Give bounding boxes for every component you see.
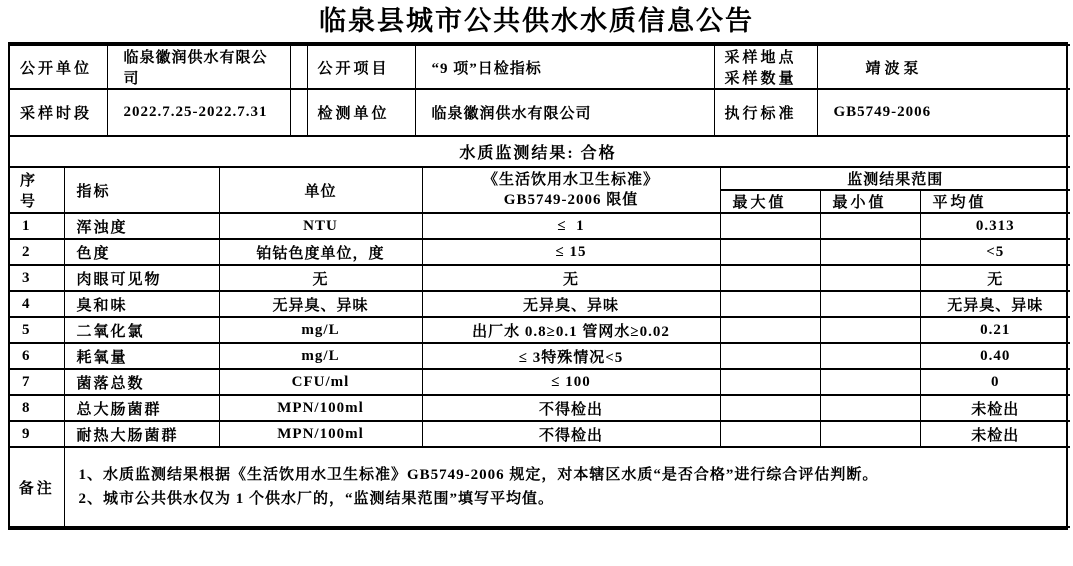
cell-limit: ≤ 100	[422, 369, 720, 395]
result-banner-text: 水质监测结果: 合格	[10, 136, 1066, 167]
cell-max	[720, 265, 820, 291]
cell-indicator: 浑浊度	[64, 213, 219, 239]
cell-limit: 不得检出	[422, 395, 720, 421]
header-limit: 《生活饮用水卫生标准》 GB5749-2006 限值	[422, 167, 720, 213]
cell-max	[720, 395, 820, 421]
header-avg: 平均值	[920, 190, 1070, 213]
cell-indicator: 菌落总数	[64, 369, 219, 395]
cell-max	[720, 343, 820, 369]
table-row: 3 肉眼可见物 无 无 无	[10, 265, 1070, 291]
cell-limit: 不得检出	[422, 421, 720, 447]
cell-seq: 8	[10, 395, 64, 421]
cell-indicator: 色度	[64, 239, 219, 265]
cell-avg: 0.313	[920, 213, 1070, 239]
cell-indicator: 总大肠菌群	[64, 395, 219, 421]
cell-seq: 2	[10, 239, 64, 265]
spacer-cell	[290, 45, 307, 89]
cell-max	[720, 239, 820, 265]
cell-seq: 6	[10, 343, 64, 369]
cell-unit: 无异臭、异味	[219, 291, 422, 317]
table-row: 8 总大肠菌群 MPN/100ml 不得检出 未检出	[10, 395, 1070, 421]
indicator-table: 序号 指标 单位 《生活饮用水卫生标准》 GB5749-2006 限值 监测结果…	[10, 166, 1070, 448]
table-row: 2 色度 铂钴色度单位，度 ≤ 15 <5	[10, 239, 1070, 265]
table-row: 1 浑浊度 NTU ≤ 1 0.313	[10, 213, 1070, 239]
cell-avg: 未检出	[920, 395, 1070, 421]
cell-unit: 铂钴色度单位，度	[219, 239, 422, 265]
cell-limit: 出厂水 0.8≥0.1 管网水≥0.02	[422, 317, 720, 343]
header-limit-line2: GB5749-2006 限值	[431, 190, 712, 210]
info-value-cell: 临泉徽润供水有限公司	[415, 89, 714, 136]
header-range: 监测结果范围	[720, 167, 1070, 190]
info-label-cell: 采样地点 采样数量	[714, 45, 817, 89]
notes-table: 备注 1、水质监测结果根据《生活饮用水卫生标准》GB5749-2006 规定，对…	[10, 446, 1070, 528]
header-row-top: 序号 指标 单位 《生活饮用水卫生标准》 GB5749-2006 限值 监测结果…	[10, 167, 1070, 190]
result-banner: 水质监测结果: 合格	[10, 135, 1066, 168]
info-row-2: 采样时段 2022.7.25-2022.7.31 检测单位 临泉徽润供水有限公司…	[10, 89, 1070, 136]
header-limit-line1: 《生活饮用水卫生标准》	[431, 170, 712, 190]
cell-limit: ≤ 3特殊情况<5	[422, 343, 720, 369]
cell-unit: NTU	[219, 213, 422, 239]
info-label-cell: 公开单位	[10, 45, 107, 89]
notes-content: 1、水质监测结果根据《生活饮用水卫生标准》GB5749-2006 规定，对本辖区…	[64, 447, 1070, 527]
cell-max	[720, 369, 820, 395]
cell-unit: 无	[219, 265, 422, 291]
cell-avg: 无异臭、异味	[920, 291, 1070, 317]
info-value-cell: “9 项”日检指标	[415, 45, 714, 89]
cell-indicator: 二氧化氯	[64, 317, 219, 343]
page-title: 临泉县城市公共供水水质信息公告	[0, 4, 1073, 42]
info-label-cell: 执行标准	[714, 89, 817, 136]
cell-seq: 9	[10, 421, 64, 447]
cell-seq: 3	[10, 265, 64, 291]
table-row: 9 耐热大肠菌群 MPN/100ml 不得检出 未检出	[10, 421, 1070, 447]
cell-avg: 无	[920, 265, 1070, 291]
cell-seq: 7	[10, 369, 64, 395]
table-row: 5 二氧化氯 mg/L 出厂水 0.8≥0.1 管网水≥0.02 0.21	[10, 317, 1070, 343]
cell-avg: 0.40	[920, 343, 1070, 369]
cell-limit: ≤ 15	[422, 239, 720, 265]
cell-min	[820, 265, 920, 291]
cell-unit: mg/L	[219, 317, 422, 343]
cell-min	[820, 421, 920, 447]
header-unit: 单位	[219, 167, 422, 213]
indicator-table-body: 1 浑浊度 NTU ≤ 1 0.313 2 色度 铂钴色度单位，度 ≤ 15 <…	[10, 213, 1070, 447]
cell-unit: MPN/100ml	[219, 421, 422, 447]
header-indicator: 指标	[64, 167, 219, 213]
cell-seq: 5	[10, 317, 64, 343]
info-label-cell: 检测单位	[307, 89, 415, 136]
bulletin-table: 公开单位 临泉徽润供水有限公司 公开项目 “9 项”日检指标 采样地点 采样数量…	[8, 42, 1068, 530]
cell-indicator: 耐热大肠菌群	[64, 421, 219, 447]
cell-max	[720, 213, 820, 239]
cell-min	[820, 395, 920, 421]
info-row-1: 公开单位 临泉徽润供水有限公司 公开项目 “9 项”日检指标 采样地点 采样数量…	[10, 45, 1070, 89]
cell-min	[820, 317, 920, 343]
cell-avg: <5	[920, 239, 1070, 265]
table-row: 4 臭和味 无异臭、异味 无异臭、异味 无异臭、异味	[10, 291, 1070, 317]
header-min: 最小值	[820, 190, 920, 213]
info-label-cell: 采样时段	[10, 89, 107, 136]
cell-min	[820, 291, 920, 317]
spacer-cell	[290, 89, 307, 136]
cell-indicator: 臭和味	[64, 291, 219, 317]
info-value-cell: 靖波泵	[817, 45, 1070, 89]
table-row: 7 菌落总数 CFU/ml ≤ 100 0	[10, 369, 1070, 395]
cell-limit: 无	[422, 265, 720, 291]
header-max: 最大值	[720, 190, 820, 213]
cell-seq: 4	[10, 291, 64, 317]
cell-avg: 未检出	[920, 421, 1070, 447]
cell-min	[820, 213, 920, 239]
table-row: 6 耗氧量 mg/L ≤ 3特殊情况<5 0.40	[10, 343, 1070, 369]
cell-unit: mg/L	[219, 343, 422, 369]
cell-avg: 0	[920, 369, 1070, 395]
note-item: 2、城市公共供水仅为 1 个供水厂的，“监测结果范围”填写平均值。	[79, 487, 951, 511]
cell-max	[720, 421, 820, 447]
cell-indicator: 耗氧量	[64, 343, 219, 369]
indicator-table-header: 序号 指标 单位 《生活饮用水卫生标准》 GB5749-2006 限值 监测结果…	[10, 167, 1070, 213]
info-value-cell: 临泉徽润供水有限公司	[107, 45, 290, 89]
info-value-cell: 2022.7.25-2022.7.31	[107, 89, 290, 136]
notes-row: 备注 1、水质监测结果根据《生活饮用水卫生标准》GB5749-2006 规定，对…	[10, 447, 1070, 527]
cell-max	[720, 291, 820, 317]
note-item: 1、水质监测结果根据《生活饮用水卫生标准》GB5749-2006 规定，对本辖区…	[79, 463, 951, 487]
notes-label: 备注	[10, 447, 64, 527]
cell-limit: 无异臭、异味	[422, 291, 720, 317]
info-table: 公开单位 临泉徽润供水有限公司 公开项目 “9 项”日检指标 采样地点 采样数量…	[10, 44, 1070, 137]
cell-min	[820, 239, 920, 265]
cell-avg: 0.21	[920, 317, 1070, 343]
cell-limit: ≤ 1	[422, 213, 720, 239]
cell-unit: MPN/100ml	[219, 395, 422, 421]
cell-min	[820, 369, 920, 395]
cell-unit: CFU/ml	[219, 369, 422, 395]
cell-seq: 1	[10, 213, 64, 239]
cell-indicator: 肉眼可见物	[64, 265, 219, 291]
header-seq: 序号	[10, 167, 64, 213]
info-value-cell: GB5749-2006	[817, 89, 1070, 136]
info-label-cell: 公开项目	[307, 45, 415, 89]
cell-min	[820, 343, 920, 369]
cell-max	[720, 317, 820, 343]
